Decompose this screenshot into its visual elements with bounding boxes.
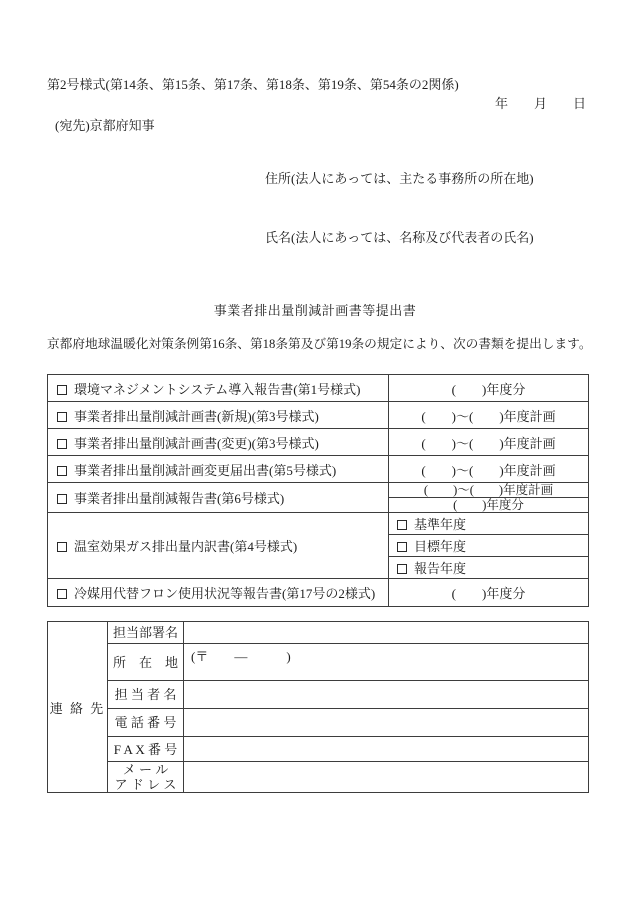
address-label: 住所(法人にあっては、主たる事務所の所在地) <box>265 171 534 187</box>
period-cell: ( )年度分 <box>389 498 589 513</box>
checkbox-cfc-report[interactable] <box>57 589 67 599</box>
contact-value-phone[interactable] <box>184 709 589 737</box>
contact-value-department[interactable] <box>184 622 589 644</box>
document-cell-plan-amendment: 事業者排出量削減計画変更届出書(第5号様式) <box>48 456 389 483</box>
contact-label-person: 担 当 者 名 <box>108 681 184 709</box>
period-cell: ( )～( )年度計画 <box>389 402 589 429</box>
document-label: 冷媒用代替フロン使用状況等報告書(第17号の2様式) <box>74 586 375 601</box>
table-row: 電 話 番 号 <box>48 709 589 737</box>
year-option-label: 報告年度 <box>414 561 466 576</box>
intro-text: 京都府地球温暖化対策条例第16条、第18条第及び第19条の規定により、次の書類を… <box>47 336 592 352</box>
period-cell: ( )～( )年度計画 <box>389 429 589 456</box>
form-page: 第2号様式(第14条、第15条、第17条、第18条、第19条、第54条の2関係)… <box>0 0 630 903</box>
date-line: 年 月 日 <box>495 96 586 112</box>
table-row: 担 当 者 名 <box>48 681 589 709</box>
document-label: 事業者排出量削減計画書(変更)(第3号様式) <box>74 436 319 451</box>
page-title: 事業者排出量削減計画書等提出書 <box>0 303 630 319</box>
contact-label-address: 所 在 地 <box>108 644 184 681</box>
checkbox-plan-amendment[interactable] <box>57 466 67 476</box>
document-cell-ems-report: 環境マネジメントシステム導入報告書(第1号様式) <box>48 375 389 402</box>
table-row: F A X 番 号 <box>48 737 589 762</box>
checkbox-ems-report[interactable] <box>57 385 67 395</box>
addressee-line: (宛先)京都府知事 <box>55 118 155 134</box>
contact-value-person[interactable] <box>184 681 589 709</box>
period-cell: ( )～( )年度計画 <box>389 456 589 483</box>
year-option-cell: 基準年度 <box>389 513 589 535</box>
checkbox-target-year[interactable] <box>397 542 407 552</box>
document-label: 事業者排出量削減報告書(第6号様式) <box>74 491 284 506</box>
table-row: 事業者排出量削減計画書(新規)(第3号様式) ( )～( )年度計画 <box>48 402 589 429</box>
period-cell: ( )年度分 <box>389 579 589 607</box>
document-label: 環境マネジメントシステム導入報告書(第1号様式) <box>74 382 360 397</box>
contact-label-fax: F A X 番 号 <box>108 737 184 762</box>
year-option-label: 目標年度 <box>414 539 466 554</box>
document-cell-cfc-report: 冷媒用代替フロン使用状況等報告書(第17号の2様式) <box>48 579 389 607</box>
checkbox-plan-new[interactable] <box>57 412 67 422</box>
document-label: 事業者排出量削減計画書(新規)(第3号様式) <box>74 409 319 424</box>
checkbox-plan-change[interactable] <box>57 439 67 449</box>
contact-value-address[interactable]: (〒 ― ) <box>184 644 589 681</box>
document-cell-ghg-breakdown: 温室効果ガス排出量内訳書(第4号様式) <box>48 513 389 579</box>
contact-value-email[interactable] <box>184 762 589 793</box>
name-label: 氏名(法人にあっては、名称及び代表者の氏名) <box>265 230 534 246</box>
checkbox-reduction-report[interactable] <box>57 494 67 504</box>
table-row: 事業者排出量削減計画書(変更)(第3号様式) ( )～( )年度計画 <box>48 429 589 456</box>
contact-label-department: 担当部署名 <box>108 622 184 644</box>
year-option-cell: 報告年度 <box>389 557 589 579</box>
year-option-cell: 目標年度 <box>389 535 589 557</box>
contact-label-phone: 電 話 番 号 <box>108 709 184 737</box>
period-cell: ( )年度分 <box>389 375 589 402</box>
table-row: 冷媒用代替フロン使用状況等報告書(第17号の2様式) ( )年度分 <box>48 579 589 607</box>
checkbox-base-year[interactable] <box>397 520 407 530</box>
document-cell-plan-change: 事業者排出量削減計画書(変更)(第3号様式) <box>48 429 389 456</box>
documents-table: 環境マネジメントシステム導入報告書(第1号様式) ( )年度分 事業者排出量削減… <box>47 374 589 607</box>
table-row: 連 絡 先 担当部署名 <box>48 622 589 644</box>
table-row: 事業者排出量削減計画変更届出書(第5号様式) ( )～( )年度計画 <box>48 456 589 483</box>
table-row: 事業者排出量削減報告書(第6号様式) ( )～( )年度計画 <box>48 483 589 498</box>
table-row: メ ー ル ア ド レ ス <box>48 762 589 793</box>
table-row: 所 在 地 (〒 ― ) <box>48 644 589 681</box>
contact-value-fax[interactable] <box>184 737 589 762</box>
document-label: 温室効果ガス排出量内訳書(第4号様式) <box>74 539 297 554</box>
contact-table: 連 絡 先 担当部署名 所 在 地 (〒 ― ) 担 当 者 名 電 話 番 号… <box>47 621 589 793</box>
table-row: 環境マネジメントシステム導入報告書(第1号様式) ( )年度分 <box>48 375 589 402</box>
document-cell-plan-new: 事業者排出量削減計画書(新規)(第3号様式) <box>48 402 389 429</box>
year-option-label: 基準年度 <box>414 517 466 532</box>
period-cell: ( )～( )年度計画 <box>389 483 589 498</box>
checkbox-ghg-breakdown[interactable] <box>57 542 67 552</box>
contact-group-label: 連 絡 先 <box>48 622 108 793</box>
checkbox-report-year[interactable] <box>397 564 407 574</box>
form-number-line: 第2号様式(第14条、第15条、第17条、第18条、第19条、第54条の2関係) <box>47 77 459 93</box>
contact-label-email: メ ー ル ア ド レ ス <box>108 762 184 793</box>
table-row: 温室効果ガス排出量内訳書(第4号様式) 基準年度 <box>48 513 589 535</box>
document-label: 事業者排出量削減計画変更届出書(第5号様式) <box>74 463 336 478</box>
document-cell-reduction-report: 事業者排出量削減報告書(第6号様式) <box>48 483 389 513</box>
